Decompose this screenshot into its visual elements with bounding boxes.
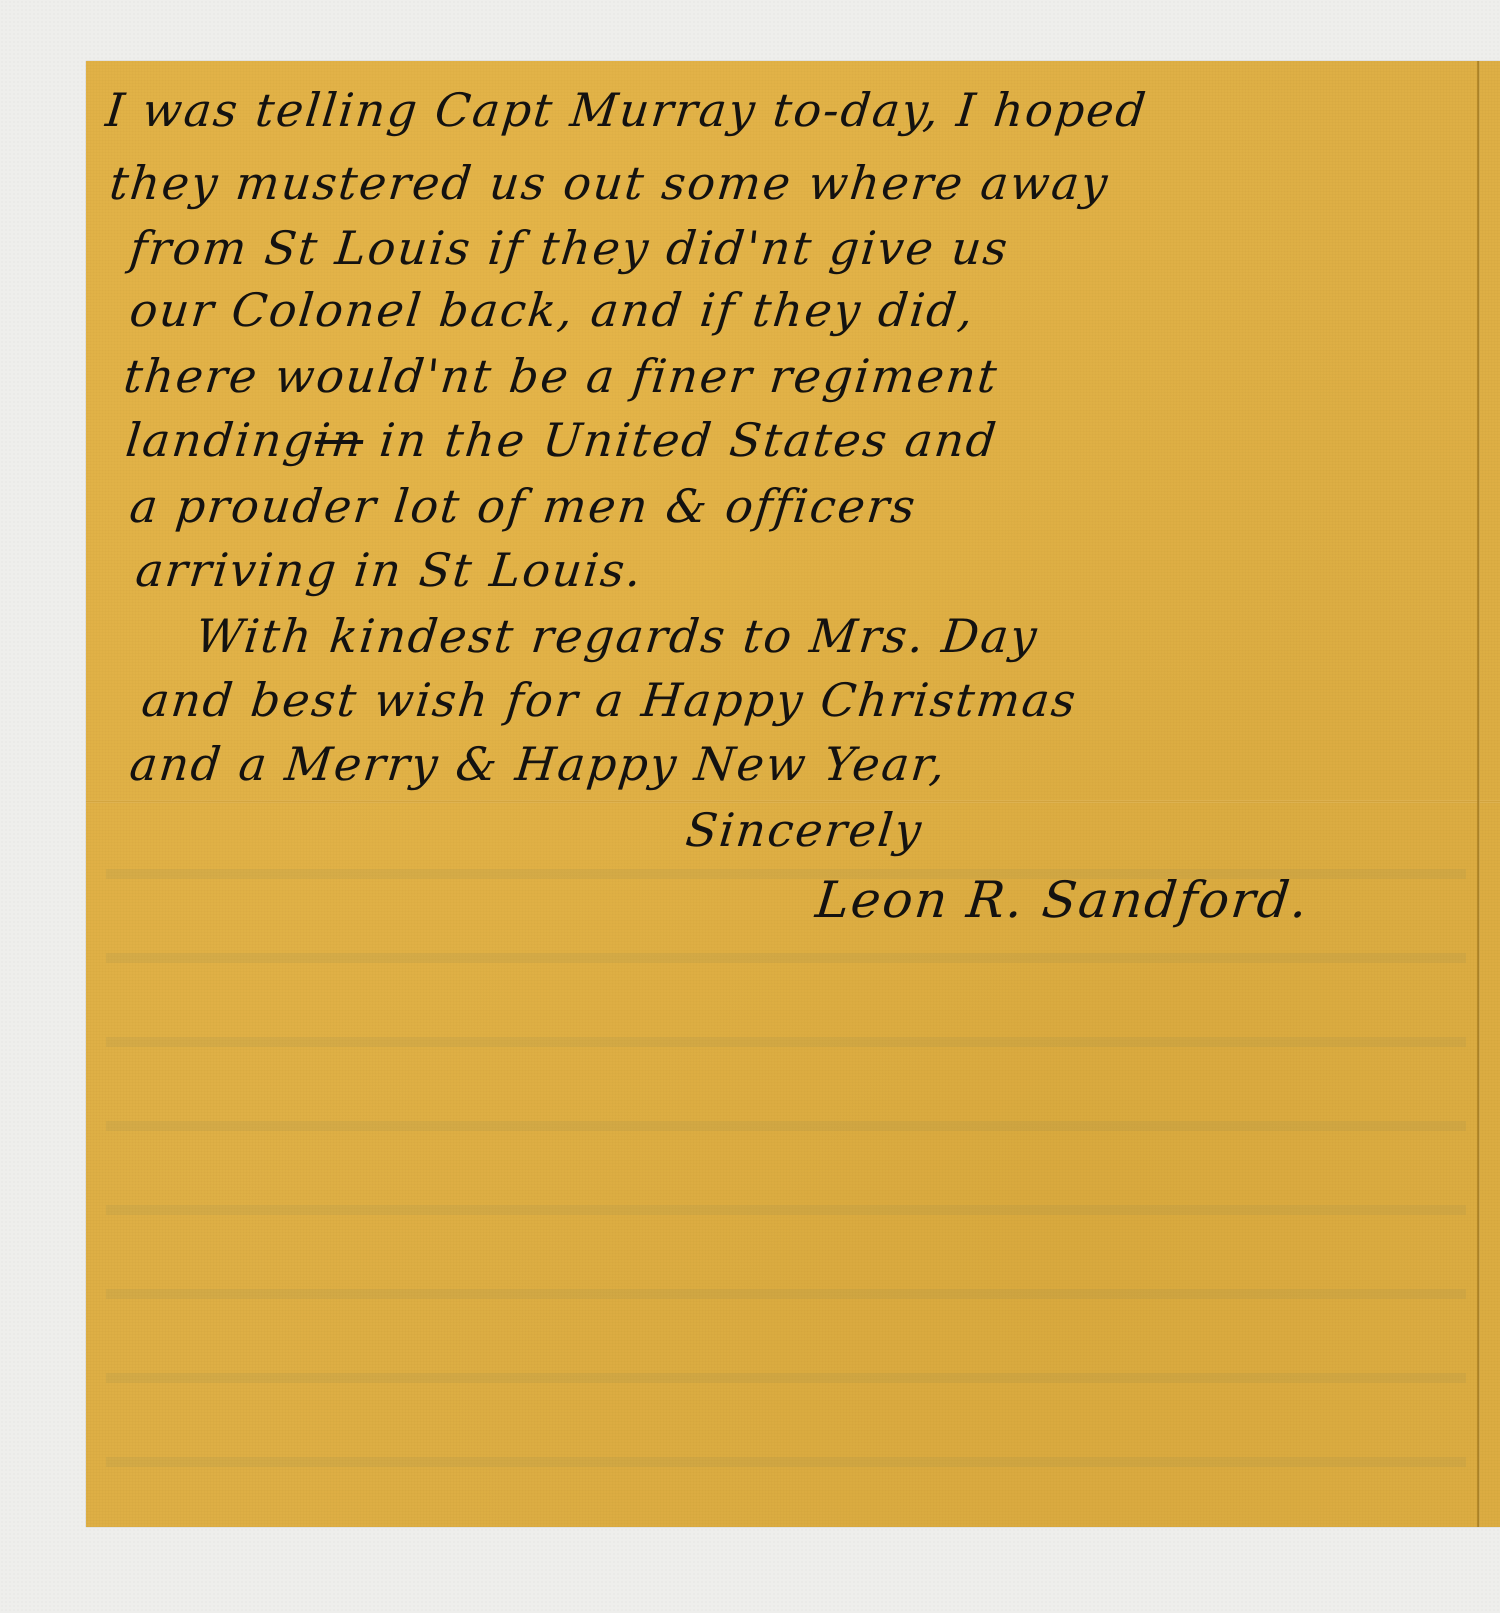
line-6-rest: in the United States and [377,413,1000,467]
letter-line-1: I was telling Capt Murray to-day, I hope… [103,83,1150,137]
letter-line-9: With kindest regards to Mrs. Day [193,609,1041,663]
letter-line-2: they mustered us out some where away [107,156,1112,210]
line-6-word-landing: landing [123,413,318,467]
letter-line-7: a prouder lot of men & officers [127,479,919,533]
struck-out-word: in [312,413,366,467]
closing: Sincerely [683,803,925,857]
letter-line-6: landingin in the United States and [123,413,1000,467]
letter-line-4: our Colonel back, and if they did, [127,283,977,337]
letter-sheet: I was telling Capt Murray to-day, I hope… [86,61,1500,1527]
letter-line-11: and a Merry & Happy New Year, [127,737,949,791]
letter-line-3: from St Louis if they did'nt give us [127,221,1012,275]
vertical-fold-line [1477,61,1480,1527]
letter-line-5: there would'nt be a finer regiment [121,349,1001,403]
signature: Leon R. Sandford. [813,871,1312,929]
letter-line-10: and best wish for a Happy Christmas [139,673,1080,727]
letter-line-8: arriving in St Louis. [133,543,646,597]
